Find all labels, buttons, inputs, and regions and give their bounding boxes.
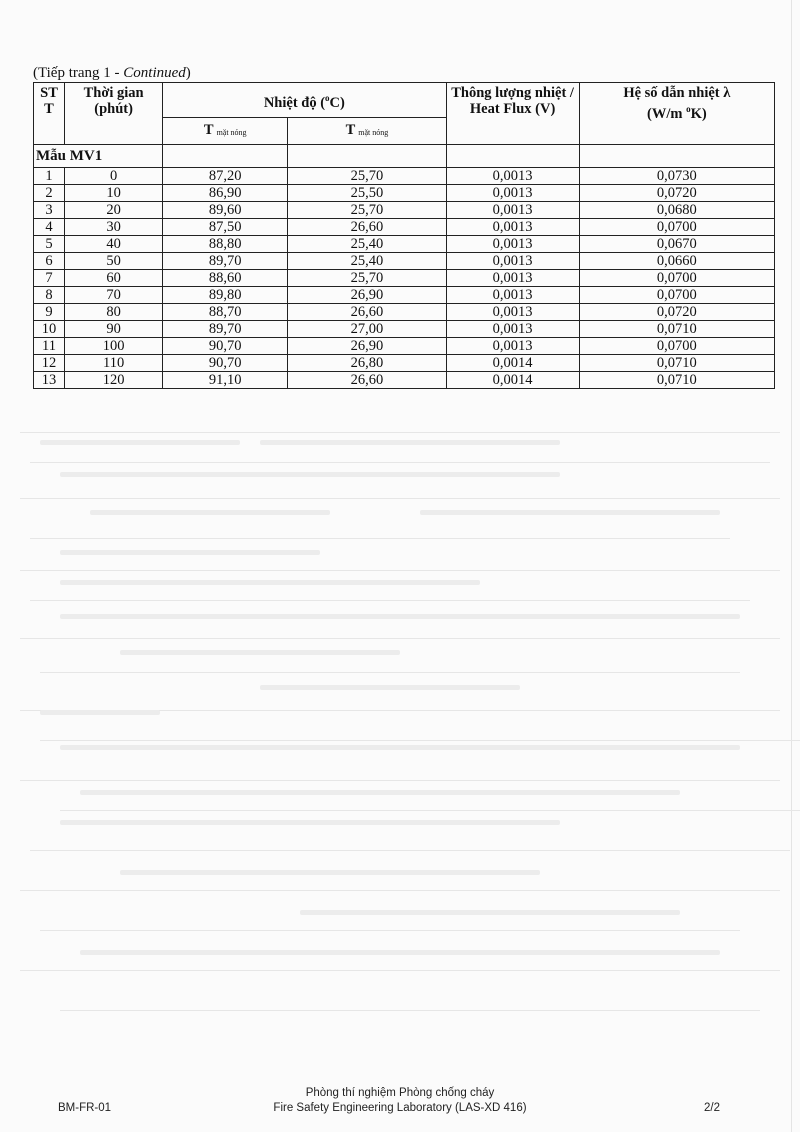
cell-flux: 0,0013 — [446, 304, 579, 321]
cell-t-cold: 26,90 — [288, 338, 446, 355]
cell-stt: 2 — [34, 185, 65, 202]
continued-caption: (Tiếp trang 1 - Continued) — [33, 64, 191, 82]
table-row: 65089,7025,400,00130,0660 — [34, 253, 775, 270]
table-row: 1087,2025,700,00130,0730 — [34, 168, 775, 185]
sample-label: Mẫu MV1 — [34, 145, 163, 168]
cell-lambda: 0,0710 — [579, 372, 774, 389]
table-row: 87089,8026,900,00130,0700 — [34, 287, 775, 304]
cell-stt: 13 — [34, 372, 65, 389]
cell-t-hot: 89,60 — [163, 202, 288, 219]
cell-t-cold: 25,40 — [288, 253, 446, 270]
cell-flux: 0,0013 — [446, 185, 579, 202]
cell-time: 10 — [65, 185, 163, 202]
cell-lambda: 0,0710 — [579, 321, 774, 338]
page-number: 2/2 — [704, 1102, 720, 1114]
bleed-through-texture — [0, 410, 800, 1050]
cell-t-hot: 88,60 — [163, 270, 288, 287]
cell-t-hot: 88,80 — [163, 236, 288, 253]
cell-t-cold: 25,40 — [288, 236, 446, 253]
cell-time: 30 — [65, 219, 163, 236]
cell-stt: 4 — [34, 219, 65, 236]
cell-time: 40 — [65, 236, 163, 253]
cell-t-hot: 87,50 — [163, 219, 288, 236]
header-conductivity: Hệ số dẫn nhiệt λ(W/m oK) — [579, 83, 774, 145]
cell-t-cold: 25,70 — [288, 202, 446, 219]
cell-t-cold: 25,50 — [288, 185, 446, 202]
header-temperature: Nhiệt độ (oC) — [163, 83, 446, 118]
cell-t-cold: 26,60 — [288, 304, 446, 321]
header-t-cold: Tmặt nóng — [288, 118, 446, 145]
page-edge — [791, 0, 792, 1132]
header-t-hot: Tmặt nóng — [163, 118, 288, 145]
cell-t-hot: 89,70 — [163, 321, 288, 338]
cell-flux: 0,0013 — [446, 236, 579, 253]
cell-lambda: 0,0700 — [579, 270, 774, 287]
cell-flux: 0,0013 — [446, 168, 579, 185]
cell-t-cold: 26,60 — [288, 219, 446, 236]
cell-time: 0 — [65, 168, 163, 185]
cell-lambda: 0,0660 — [579, 253, 774, 270]
cell-lambda: 0,0720 — [579, 185, 774, 202]
cell-time: 50 — [65, 253, 163, 270]
cell-stt: 6 — [34, 253, 65, 270]
cell-t-hot: 89,80 — [163, 287, 288, 304]
cell-t-cold: 26,60 — [288, 372, 446, 389]
table-row: 1211090,7026,800,00140,0710 — [34, 355, 775, 372]
cell-flux: 0,0013 — [446, 287, 579, 304]
cell-t-hot: 90,70 — [163, 338, 288, 355]
cell-lambda: 0,0700 — [579, 338, 774, 355]
cell-stt: 12 — [34, 355, 65, 372]
cell-stt: 10 — [34, 321, 65, 338]
cell-time: 110 — [65, 355, 163, 372]
cell-lambda: 0,0700 — [579, 287, 774, 304]
lab-name: Phòng thí nghiệm Phòng chống cháy Fire S… — [0, 1086, 800, 1116]
cell-time: 20 — [65, 202, 163, 219]
cell-t-cold: 27,00 — [288, 321, 446, 338]
table-row: 1110090,7026,900,00130,0700 — [34, 338, 775, 355]
table-row: 76088,6025,700,00130,0700 — [34, 270, 775, 287]
cell-flux: 0,0013 — [446, 321, 579, 338]
cell-time: 120 — [65, 372, 163, 389]
cell-t-hot: 90,70 — [163, 355, 288, 372]
cell-time: 70 — [65, 287, 163, 304]
cell-t-hot: 91,10 — [163, 372, 288, 389]
cell-stt: 11 — [34, 338, 65, 355]
header-stt: ST T — [34, 83, 65, 145]
table-row: 54088,8025,400,00130,0670 — [34, 236, 775, 253]
cell-time: 80 — [65, 304, 163, 321]
cell-stt: 7 — [34, 270, 65, 287]
cell-stt: 8 — [34, 287, 65, 304]
cell-lambda: 0,0670 — [579, 236, 774, 253]
table-row: 1312091,1026,600,00140,0710 — [34, 372, 775, 389]
cell-flux: 0,0013 — [446, 253, 579, 270]
cell-stt: 9 — [34, 304, 65, 321]
cell-time: 60 — [65, 270, 163, 287]
cell-lambda: 0,0700 — [579, 219, 774, 236]
cell-time: 100 — [65, 338, 163, 355]
cell-stt: 1 — [34, 168, 65, 185]
cell-t-cold: 26,80 — [288, 355, 446, 372]
header-time: Thời gian (phút) — [65, 83, 163, 145]
cell-t-hot: 89,70 — [163, 253, 288, 270]
cell-time: 90 — [65, 321, 163, 338]
table-row: 43087,5026,600,00130,0700 — [34, 219, 775, 236]
cell-t-hot: 87,20 — [163, 168, 288, 185]
cell-flux: 0,0013 — [446, 202, 579, 219]
cell-t-hot: 86,90 — [163, 185, 288, 202]
thermal-conductivity-table: ST T Thời gian (phút) Nhiệt độ (oC) Thôn… — [33, 82, 775, 389]
cell-flux: 0,0013 — [446, 270, 579, 287]
cell-lambda: 0,0710 — [579, 355, 774, 372]
document-page: (Tiếp trang 1 - Continued) ST T Thời gia… — [0, 0, 800, 1132]
cell-t-hot: 88,70 — [163, 304, 288, 321]
cell-lambda: 0,0730 — [579, 168, 774, 185]
cell-lambda: 0,0680 — [579, 202, 774, 219]
table-row: 21086,9025,500,00130,0720 — [34, 185, 775, 202]
cell-flux: 0,0013 — [446, 219, 579, 236]
cell-flux: 0,0013 — [446, 338, 579, 355]
cell-flux: 0,0014 — [446, 372, 579, 389]
table-row: 98088,7026,600,00130,0720 — [34, 304, 775, 321]
table-row: 32089,6025,700,00130,0680 — [34, 202, 775, 219]
cell-t-cold: 25,70 — [288, 270, 446, 287]
cell-t-cold: 25,70 — [288, 168, 446, 185]
cell-stt: 5 — [34, 236, 65, 253]
table-row: 109089,7027,000,00130,0710 — [34, 321, 775, 338]
header-heat-flux: Thông lượng nhiệt / Heat Flux (V) — [446, 83, 579, 145]
cell-flux: 0,0014 — [446, 355, 579, 372]
cell-lambda: 0,0720 — [579, 304, 774, 321]
cell-t-cold: 26,90 — [288, 287, 446, 304]
cell-stt: 3 — [34, 202, 65, 219]
